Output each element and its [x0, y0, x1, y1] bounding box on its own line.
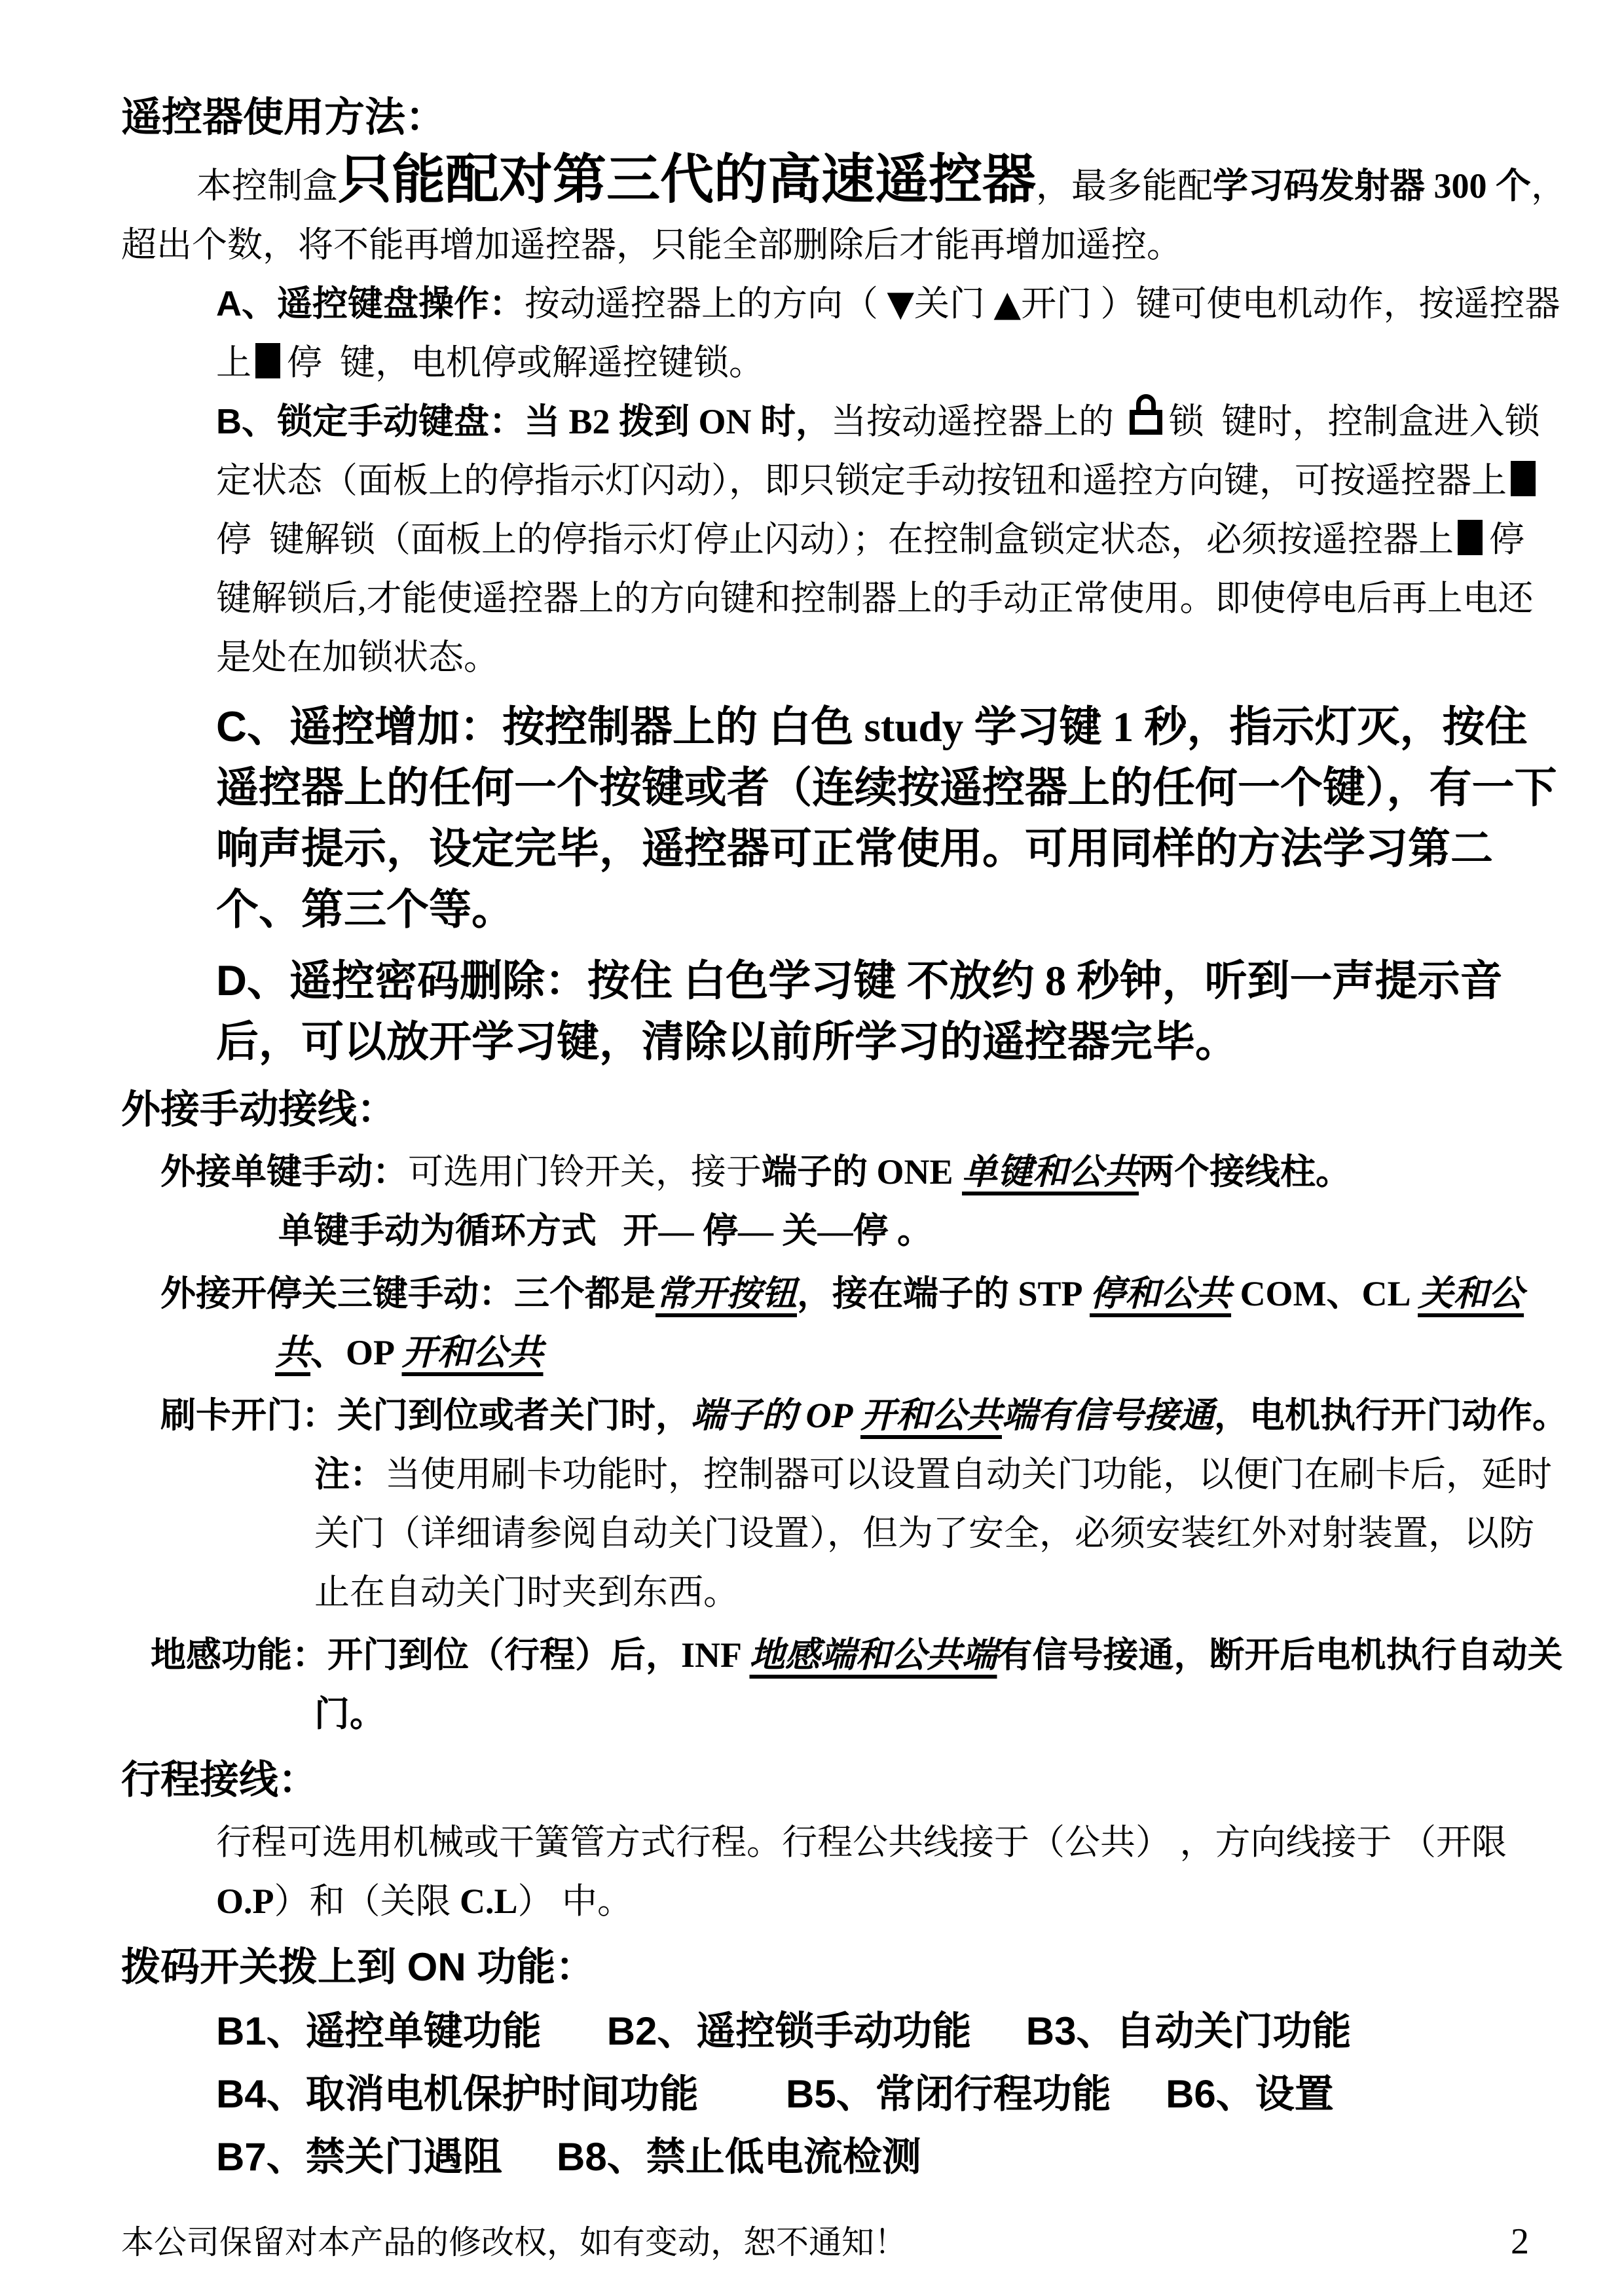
item-d-label: D、遥控密码删除： [216, 957, 587, 1004]
ground-sensor-label: 地感功能： [151, 1635, 327, 1675]
single-key-underline: 单键和公共 [962, 1152, 1139, 1192]
section-heading-travel-wiring: 行程接线： [121, 1747, 1568, 1813]
dip-switch-line-1: B1、遥控单键功能 B2、遥控锁手动功能 B3、自动关门功能 [216, 2000, 1568, 2063]
single-key-cycle-line: 单键手动为循环方式 开— 停— 关—停 。 [278, 1201, 1568, 1260]
card-open-italic: 端子的 OP [691, 1396, 860, 1435]
item-b-bold: 当 B2 拨到 ON 时， [525, 402, 831, 441]
three-key-underline: 常开按钮 [655, 1274, 797, 1313]
card-open-bold: 关门到位或者关门时， [337, 1396, 691, 1435]
page-footer: 本公司保留对本产品的修改权，如有变动，恕不通知！ 2 [121, 2212, 1568, 2272]
intro-text: ，最多能配 [1036, 166, 1213, 206]
item-a-text: 关门 [914, 284, 994, 323]
intro-paragraph: 本控制盒只能配对第三代的高速遥控器，最多能配学习码发射器 300 个，超出个数，… [121, 151, 1568, 274]
ground-sensor-underline: 地感端和公共端 [750, 1635, 997, 1675]
section-heading-external-manual: 外接手动接线： [121, 1077, 1568, 1142]
section-heading-dip-switch: 拨码开关拨上到 ON 功能： [121, 1935, 1568, 2000]
open-arrow-icon: ▲ [994, 283, 1022, 324]
card-open-note-label: 注： [314, 1455, 385, 1494]
item-c-label: C、遥控增加： [216, 702, 502, 750]
manual-page: 遥控器使用方法： 本控制盒只能配对第三代的高速遥控器，最多能配学习码发射器 30… [0, 0, 1624, 2296]
intro-bold: 学习码发射器 300 个 [1213, 166, 1531, 206]
three-key-manual: 外接开停关三键手动：三个都是常开按钮，接在端子的 STP 停和公共 COM、CL… [160, 1264, 1568, 1382]
item-a-text: 停 键，电机停或解遥控键锁。 [287, 343, 764, 382]
travel-text: 行程可选用机械或干簧管方式行程。行程公共线接于（公共） ，方向线接于 （开限 [216, 1823, 1516, 1862]
padlock-body [1130, 410, 1162, 435]
three-key-bold: ，接在端子的 STP [797, 1274, 1090, 1313]
intro-highlight: 只能配对第三代的高速遥控器 [338, 150, 1036, 210]
stop-square-icon [1511, 461, 1536, 496]
three-key-bold: 三个都是 [514, 1274, 655, 1313]
travel-op-terminal: O.P [216, 1882, 274, 1921]
travel-text: ） 中。 [518, 1882, 633, 1921]
intro-text: 本控制盒 [196, 166, 338, 206]
three-key-label: 外接开停关三键手动： [160, 1274, 514, 1313]
item-b-label: B、锁定手动键盘： [216, 402, 525, 441]
card-open-label: 刷卡开门： [160, 1396, 337, 1435]
dip-switch-line-2: B4、取消电机保护时间功能 B5、常闭行程功能 B6、设置 [216, 2063, 1568, 2126]
ground-sensor-bold: 开门到位（行程）后，INF [327, 1635, 750, 1675]
item-a-label: A、遥控键盘操作： [216, 284, 525, 323]
item-b-text: 当按动遥控器上的 [831, 402, 1123, 441]
travel-wiring-paragraph: 行程可选用机械或干簧管方式行程。行程公共线接于（公共） ，方向线接于 （开限 O… [216, 1813, 1568, 1931]
card-open-bold: ，电机执行开门动作。 [1214, 1396, 1568, 1435]
padlock-icon [1130, 405, 1162, 435]
single-key-text: 可选用门铃开关，接于 [408, 1152, 762, 1192]
stop-square-icon [255, 343, 280, 378]
card-open-italic: 端有信号接通 [1002, 1396, 1214, 1435]
three-key-underline: 停和公共 [1090, 1274, 1231, 1313]
single-key-manual: 外接单键手动：可选用门铃开关，接于端子的 ONE 单键和公共两个接线柱。 [160, 1142, 1568, 1201]
three-key-bold: COM、CL [1231, 1274, 1418, 1313]
single-key-bold: 端子的 ONE [762, 1152, 962, 1192]
single-key-label: 外接单键手动： [160, 1152, 408, 1192]
card-open-door: 刷卡开门：关门到位或者关门时，端子的 OP 开和公共端有信号接通，电机执行开门动… [160, 1386, 1568, 1622]
close-arrow-icon: ▼ [887, 283, 915, 324]
single-key-bold: 两个接线柱。 [1139, 1152, 1351, 1192]
card-open-text: 当使用刷卡功能时，控制器可以设置自动关门功能，以便门在刷卡后，延时关门（详细请参… [314, 1455, 1552, 1612]
item-a-text: 按动遥控器上的方向（ [525, 284, 887, 323]
item-b-lock-keypad: B、锁定手动键盘：当 B2 拨到 ON 时，当按动遥控器上的 锁 键时，控制盒进… [216, 392, 1568, 687]
item-d-delete-remote: D、遥控密码删除：按住 白色学习键 不放约 8 秒钟，听到一声提示音后，可以放开… [216, 950, 1568, 1073]
padlock-shackle [1136, 394, 1156, 410]
travel-cl-terminal: C.L [460, 1882, 518, 1921]
item-b-text: 停 键解锁（面板上的停指示灯停止闪动）；在控制盒锁定状态，必须按遥控器上 [216, 520, 1454, 559]
footer-note: 本公司保留对本产品的修改权，如有变动，恕不通知！ [121, 2213, 907, 2272]
page-title: 遥控器使用方法： [121, 85, 1568, 151]
three-key-bold: 、OP [310, 1333, 402, 1372]
three-key-underline: 开和公共 [402, 1333, 544, 1372]
ground-sensor-function: 地感功能：开门到位（行程）后，INF 地感端和公共端有信号接通，断开后电机执行自… [151, 1626, 1568, 1743]
item-c-add-remote: C、遥控增加：按控制器上的 白色 study 学习键 1 秒，指示灯灭，按住遥控… [216, 696, 1568, 941]
item-a-remote-keys: A、遥控键盘操作：按动遥控器上的方向（ ▼关门 ▲开门 ）键可使电机动作，按遥控… [216, 274, 1568, 392]
dip-switch-line-3: B7、禁关门遇阻 B8、禁止低电流检测 [216, 2126, 1568, 2189]
page-number: 2 [1511, 2212, 1529, 2271]
travel-text: ）和（关限 [274, 1882, 460, 1921]
stop-square-icon [1458, 520, 1483, 555]
card-open-underline: 开和公共 [860, 1396, 1002, 1435]
